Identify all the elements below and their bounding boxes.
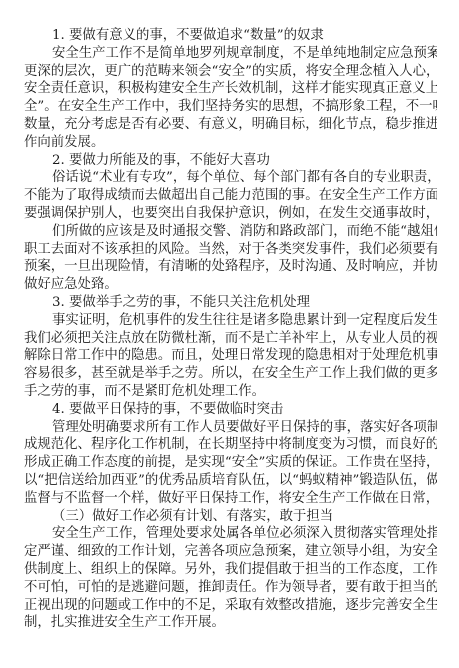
paragraph-line: 监督与不监督一个样，做好平日保持工作，将安全生产工作做在日常，落到实处。 (24, 490, 437, 508)
paragraph-line: 我们必须把关注点放在防微杜渐，而不是亡羊补牢上，从专业人员的视角去发现、 (24, 330, 437, 348)
paragraph-line: 解除日常工作中的隐患。而且，处理日常发现的隐患相对于处理危机事件要轻松、 (24, 347, 437, 365)
section-heading: 3. 要做举手之劳的事，不能只关注危机处理 (24, 294, 437, 312)
paragraph-line: 做好应急处臵。 (24, 276, 437, 294)
paragraph-line: 不可怕，可怕的是逃避问题，推卸责任。作为领导者，要有敢于担当的勇气，敢于 (24, 579, 437, 597)
paragraph-line: 安全生产工作不是简单地罗列规章制度，不是单纯地制定应急预案，而是要从 (24, 45, 437, 63)
section-heading: （三）做好工作必须有计划、有落实，敢于担当 (24, 508, 437, 526)
paragraph-line: 容易很多，甚至就是举手之劳。所以，在安全生产工作上我们做的更多应该的是举 (24, 365, 437, 383)
document-page: 1. 要做有意义的事，不要做追求“数量”的奴隶安全生产工作不是简单地罗列规章制度… (24, 27, 437, 632)
paragraph-line: 以“把信送给加西亚”的优秀品质培育队伍，以“蚂蚁精神”锻造队伍，做到领导 (24, 472, 437, 490)
paragraph-line: 供制度上、组织上的保障。另外，我们提倡敢于担当的工作态度，工作中出现问题 (24, 561, 437, 579)
paragraph-line: 安全责任意识，积极构建安全生产长效机制，这样才能实现真正意义上的“安 (24, 80, 437, 98)
paragraph-line: 成规范化、程序化工作机制，在长期坚持中将制度变为习惯，而良好的工作习惯是 (24, 436, 437, 454)
paragraph-line: 不能为了取得成绩而去做超出自己能力范围的事。在安全生产工作方面，我们不仅 (24, 187, 437, 205)
paragraph-line: 们所做的应该是及时通报交警、消防和路政部门，而绝不能“越俎代庖”，让 (24, 223, 437, 241)
section-heading: 1. 要做有意义的事，不要做追求“数量”的奴隶 (24, 27, 437, 45)
paragraph-line: 作向前发展。 (24, 134, 437, 152)
paragraph-line: 管理处明确要求所有工作人员要做好平日保持的事，落实好各项制度要求，形 (24, 419, 437, 437)
paragraph-line: 制，扎实推进安全生产工作开展。 (24, 614, 437, 632)
paragraph-line: 手之劳的事，而不是紧盯危机处理工作。 (24, 383, 437, 401)
paragraph-line: 形成正确工作态度的前提，是实现“安全”实质的保证。工作贵在坚持，我们坚持 (24, 454, 437, 472)
section-heading: 2. 要做力所能及的事，不能好大喜功 (24, 152, 437, 170)
paragraph-line: 正视出现的问题或工作中的不足，采取有效整改措施，逐步完善安全生产工作体 (24, 597, 437, 615)
paragraph-line: 俗话说“术业有专攻”，每个单位、每个部门都有各自的专业职责，在工作中 (24, 169, 437, 187)
paragraph-line: 事实证明，危机事件的发生往往是诸多隐患累计到一定程度后发生的。所以， (24, 312, 437, 330)
paragraph-line: 定严谨、细致的工作计划，完善各项应急预案，建立领导小组，为安全生产工作提 (24, 543, 437, 561)
paragraph-line: 预案，一旦出现险情，有清晰的处臵程序，及时沟通、及时响应，并协助相关部门 (24, 258, 437, 276)
section-heading: 4. 要做平日保持的事，不要做临时突击 (24, 401, 437, 419)
paragraph-line: 更深的层次，更广的范畴来领会“安全”的实质，将安全理念植入人心，牢固树立 (24, 63, 437, 81)
paragraph-line: 要强调保护别人，也要突出自我保护意识，例如，在发生交通事故时，我 (24, 205, 437, 223)
paragraph-line: 数量，充分考虑是否有必要、有意义，明确目标，细化节点，稳步推进安全生产工 (24, 116, 437, 134)
paragraph-line: 职工去面对不该承担的风险。当然，对于各类突发事件，我们必须要有详细的应急 (24, 241, 437, 259)
paragraph-line: 安全生产工作，管理处要求处属各单位必须深入贯彻落实管理处指导思想，制 (24, 525, 437, 543)
paragraph-line: 全”。在安全生产工作中，我们坚持务实的思想，不搞形象工程，不一味儿地追求 (24, 98, 437, 116)
